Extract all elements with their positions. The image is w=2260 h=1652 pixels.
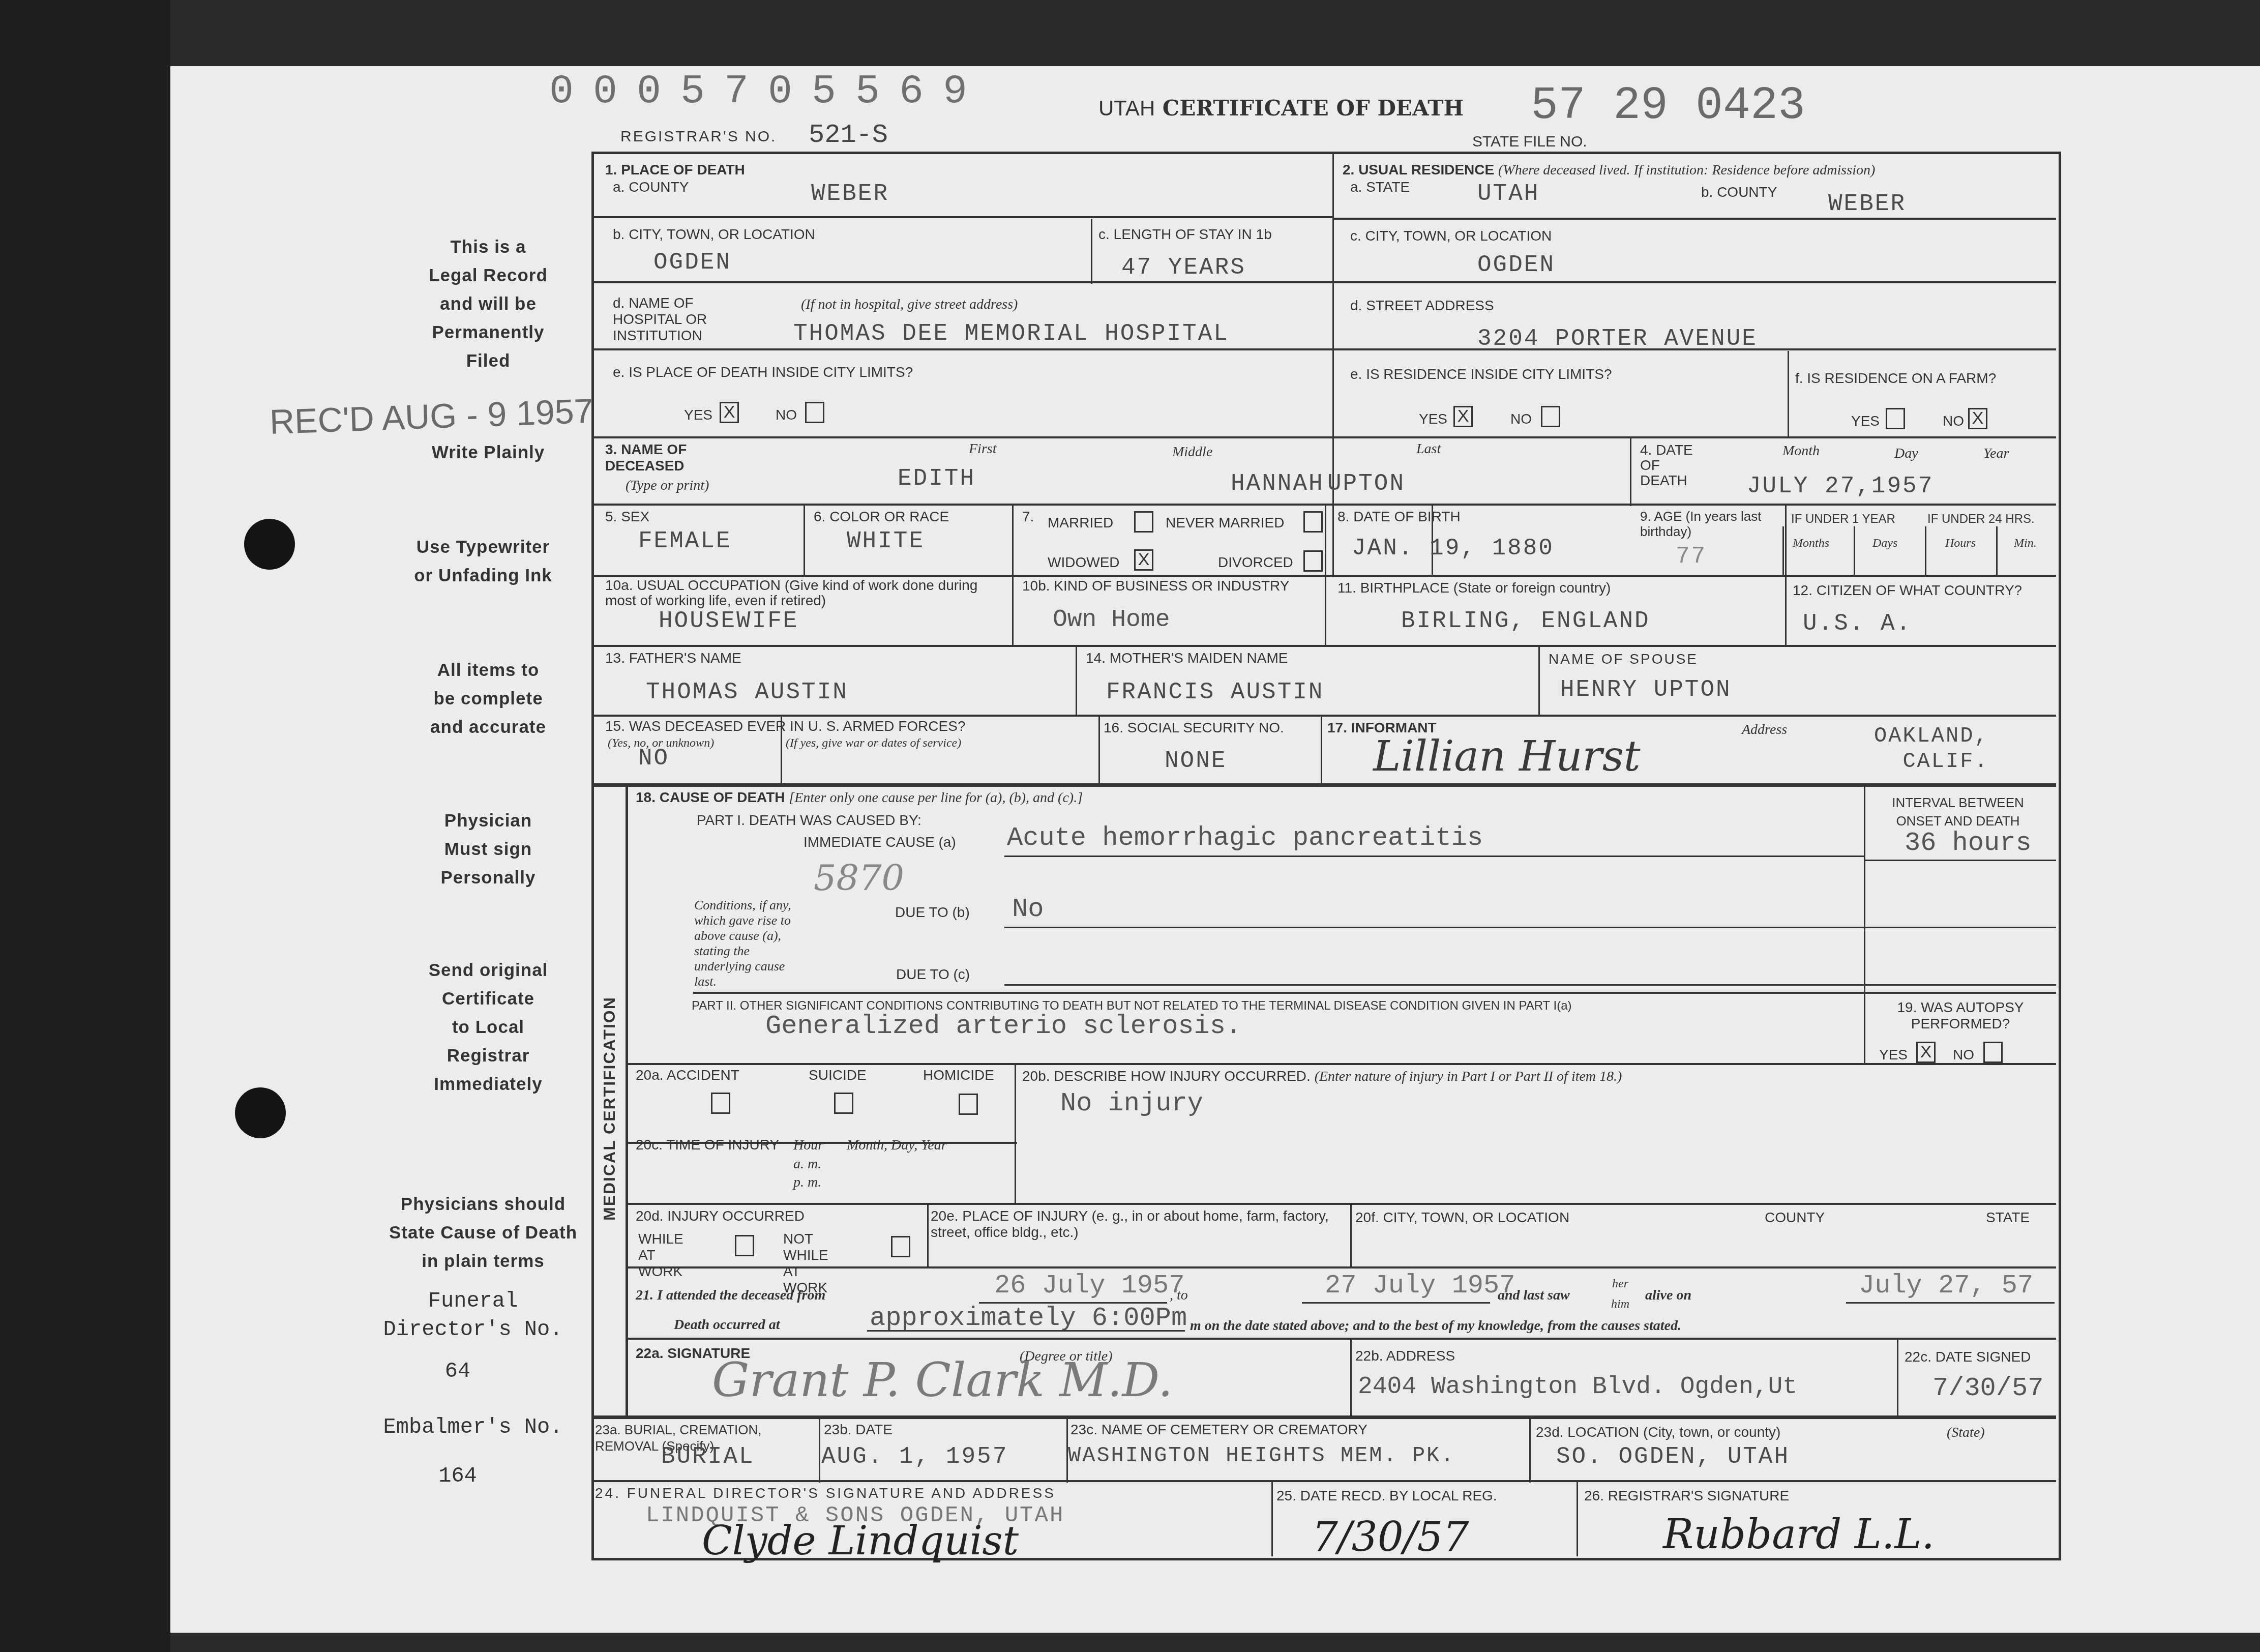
- pm-label: p. m.: [793, 1174, 821, 1191]
- rule: [1996, 526, 1998, 575]
- residence-city: OGDEN: [1477, 252, 1555, 278]
- mother-name: FRANCIS AUSTIN: [1106, 679, 1324, 705]
- residence-city-limits-label: e. IS RESIDENCE INSIDE CITY LIMITS?: [1350, 366, 1612, 382]
- injury-description-label: 20b. DESCRIBE HOW INJURY OCCURRED. (Ente…: [1022, 1068, 1622, 1085]
- married-label: MARRIED: [1048, 515, 1113, 531]
- last-seen-alive-date: July 27, 57: [1859, 1271, 2033, 1301]
- yes-label: YES: [1879, 1047, 1908, 1063]
- rule: [1091, 219, 1092, 284]
- date-signed-label: 22c. DATE SIGNED: [1905, 1349, 2031, 1365]
- immediate-cause: Acute hemorrhagic pancreatitis: [1007, 823, 1483, 853]
- due-to-b: No: [1012, 894, 1044, 924]
- rule: [591, 348, 2056, 350]
- title-text: CERTIFICATE OF DEATH: [1163, 96, 1464, 121]
- residence-county: WEBER: [1828, 191, 1906, 217]
- rule: [1076, 645, 1077, 715]
- cause-of-death-heading: 18. CAUSE OF DEATH [Enter only one cause…: [636, 789, 1083, 806]
- date-of-death: JULY 27,1957: [1747, 473, 1934, 499]
- due-to-c-label: DUE TO (c): [896, 966, 970, 983]
- business-label: 10b. KIND OF BUSINESS OR INDUSTRY: [1022, 578, 1289, 594]
- funeral-director-no: 64: [371, 1357, 544, 1385]
- last-saw-label: and last saw: [1498, 1287, 1570, 1304]
- no-label: NO: [1953, 1047, 1974, 1063]
- physician-signature: Grant P. Clark M.D.: [712, 1353, 1173, 1407]
- mother-label: 14. MOTHER'S MAIDEN NAME: [1086, 650, 1288, 666]
- city-label: b. CITY, TOWN, OR LOCATION: [613, 226, 815, 243]
- homicide-label: HOMICIDE: [923, 1067, 994, 1083]
- rule: [1321, 715, 1322, 783]
- min-label: Min.: [2014, 535, 2037, 551]
- date-signed: 7/30/57: [1932, 1373, 2043, 1403]
- rule: [1854, 526, 1855, 575]
- spouse-name: HENRY UPTON: [1560, 676, 1732, 703]
- rule: [1538, 645, 1540, 715]
- birthplace: BIRLING, ENGLAND: [1401, 608, 1650, 634]
- social-security-number: NONE: [1165, 748, 1227, 774]
- rule: [591, 504, 2056, 506]
- note-legal-record: This is a Legal Record and will be Perma…: [407, 233, 570, 375]
- burial-date: AUG. 1, 1957: [821, 1443, 1008, 1470]
- day-label: Day: [1894, 445, 1918, 462]
- punch-hole: [244, 519, 295, 570]
- name-of-deceased-label: 3. NAME OF DECEASED: [605, 441, 727, 474]
- rule: [1325, 504, 1326, 645]
- rule: [1334, 218, 2056, 220]
- first-label: First: [969, 440, 996, 457]
- state-label: a. STATE: [1350, 179, 1410, 195]
- rule: [626, 1063, 2056, 1065]
- rule: [1865, 860, 2056, 861]
- ssn-label: 16. SOCIAL SECURITY NO.: [1104, 720, 1284, 736]
- due-to-b-label: DUE TO (b): [895, 904, 970, 921]
- date-of-birth: JAN. 19, 1880: [1352, 535, 1554, 562]
- accident-label: 20a. ACCIDENT: [636, 1067, 739, 1083]
- rule: [1782, 526, 1784, 575]
- occupation-label: 10a. USUAL OCCUPATION (Give kind of work…: [605, 578, 1012, 608]
- rule: [1350, 1203, 1352, 1266]
- funeral-director-label: 24. FUNERAL DIRECTOR'S SIGNATURE AND ADD…: [595, 1485, 1056, 1501]
- physician-address-label: 22b. ADDRESS: [1355, 1348, 1455, 1364]
- injury-description: No injury: [1060, 1088, 1203, 1118]
- rule: [1004, 855, 1864, 857]
- rule: [591, 1480, 2056, 1482]
- rule: [1529, 1419, 1531, 1483]
- burial-method: BURIAL: [661, 1443, 755, 1470]
- rule: [1577, 1480, 1578, 1556]
- time-of-injury-label: 20c. TIME OF INJURY: [636, 1137, 779, 1153]
- county-label: a. COUNTY: [613, 179, 689, 195]
- rule: [1012, 504, 1014, 645]
- cemetery-name: WASHINGTON HEIGHTS MEM. PK.: [1068, 1443, 1455, 1468]
- rule: [626, 1203, 2056, 1205]
- residence-in-city-yes-checkbox[interactable]: X: [1453, 406, 1473, 427]
- first-name: EDITH: [898, 465, 975, 492]
- residence-city-label: c. CITY, TOWN, OR LOCATION: [1350, 228, 1552, 244]
- occupation: HOUSEWIFE: [659, 608, 798, 634]
- no-label: NO: [1943, 413, 1964, 429]
- autopsy-yes-checkbox[interactable]: X: [1916, 1042, 1936, 1063]
- rule: [591, 645, 2056, 647]
- rule: [1098, 715, 1100, 783]
- location-label: 23d. LOCATION (City, town, or county): [1536, 1424, 1780, 1440]
- middle-label: Middle: [1172, 444, 1212, 460]
- part1-label: PART I. DEATH WAS CAUSED BY:: [697, 812, 921, 829]
- while-at-work-label: WHILE AT WORK: [638, 1231, 694, 1280]
- location-state-label: (State): [1947, 1424, 1985, 1441]
- physician-address: 2404 Washington Blvd. Ogden,Ut: [1358, 1373, 1797, 1401]
- interval-label: INTERVAL BETWEEN ONSET AND DEATH: [1871, 793, 2044, 830]
- service-dates-note: (If yes, give war or dates of service): [786, 735, 961, 751]
- never-married-label: NEVER MARRIED: [1166, 515, 1284, 531]
- sex: FEMALE: [638, 528, 732, 554]
- death-in-city-no-checkbox[interactable]: [805, 402, 824, 423]
- note-typewriter: Use Typewriter or Unfading Ink: [386, 533, 580, 590]
- death-county: WEBER: [811, 181, 889, 207]
- no-label: NO: [1510, 411, 1532, 427]
- rule: [1004, 927, 2056, 928]
- funeral-director-signature: Clyde Lindquist: [702, 1518, 1019, 1564]
- while-at-work-checkbox[interactable]: [735, 1235, 754, 1256]
- type-or-print-note: (Type or print): [626, 477, 709, 494]
- birthplace-label: 11. BIRTHPLACE (State or foreign country…: [1337, 580, 1611, 596]
- hospital-name: THOMAS DEE MEMORIAL HOSPITAL: [793, 320, 1229, 347]
- father-name: THOMAS AUSTIN: [646, 679, 848, 705]
- not-while-at-work-checkbox[interactable]: [891, 1236, 910, 1257]
- hour-label: Hour: [793, 1137, 823, 1154]
- length-of-stay: 47 YEARS: [1121, 254, 1246, 281]
- funeral-director-no-label: Funeral Director's No.: [371, 1287, 575, 1344]
- date-of-death-label: 4. DATE OF DEATH: [1640, 442, 1706, 488]
- under-1-year-label: IF UNDER 1 YEAR: [1791, 511, 1895, 527]
- homicide-checkbox[interactable]: [959, 1094, 978, 1115]
- never-married-checkbox[interactable]: [1303, 511, 1323, 533]
- injury-state-label: STATE: [1986, 1209, 2030, 1226]
- injury-occurred-label: 20d. INJURY OCCURRED: [636, 1208, 805, 1224]
- residence-in-city-no-checkbox[interactable]: [1541, 406, 1560, 427]
- rule: [819, 1419, 820, 1483]
- attended-to-label: , to: [1170, 1287, 1188, 1304]
- informant-signature: Lillian Hurst: [1373, 732, 1641, 781]
- punch-hole: [235, 1087, 286, 1138]
- death-statement: m on the date stated above; and to the b…: [1190, 1317, 1681, 1334]
- note-cause-plain-terms: Physicians should State Cause of Death i…: [371, 1190, 595, 1276]
- registrar-no-label: REGISTRAR'S NO.: [620, 128, 777, 145]
- not-while-at-work-label: NOT WHILE AT WORK: [783, 1231, 844, 1296]
- city-limits-label: e. IS PLACE OF DEATH INSIDE CITY LIMITS?: [613, 364, 913, 380]
- residence-county-label: b. COUNTY: [1701, 184, 1777, 200]
- middle-name: HANNAH: [1231, 470, 1324, 497]
- serial-number: 0005705569: [549, 69, 987, 115]
- yes-label: YES: [1851, 413, 1880, 429]
- yes-label: YES: [684, 407, 712, 423]
- rule: [591, 216, 1334, 218]
- autopsy-no-checkbox[interactable]: [1983, 1042, 2003, 1063]
- rule: [591, 436, 2056, 438]
- race: WHITE: [847, 528, 925, 554]
- rule: [867, 1330, 1185, 1332]
- rule: [804, 504, 805, 575]
- farm-label: f. IS RESIDENCE ON A FARM?: [1795, 370, 1996, 387]
- informant-address: OAKLAND, CALIF.: [1874, 723, 1989, 774]
- date-received-label: 25. DATE RECD. BY LOCAL REG.: [1276, 1488, 1497, 1504]
- race-label: 6. COLOR OR RACE: [814, 509, 949, 525]
- residence-state: UTAH: [1477, 181, 1539, 207]
- date-received: 7/30/57: [1312, 1513, 1469, 1560]
- state-file-no-label: STATE FILE NO.: [1472, 133, 1587, 151]
- note-complete: All items to be complete and accurate: [402, 656, 575, 742]
- rule: [591, 281, 2056, 283]
- medical-certification-label: MEDICAL CERTIFICATION: [600, 996, 619, 1221]
- accident-checkbox[interactable]: [711, 1093, 730, 1114]
- citizen-label: 12. CITIZEN OF WHAT COUNTRY?: [1793, 582, 2022, 599]
- injury-county-label: COUNTY: [1765, 1209, 1825, 1226]
- rule: [1015, 1063, 1016, 1203]
- marital-label: 7.: [1022, 509, 1034, 525]
- rule: [591, 783, 2056, 787]
- title-state: UTAH: [1098, 96, 1155, 120]
- rule: [626, 1338, 2056, 1340]
- armed-forces-answer: NO: [638, 745, 669, 772]
- state-file-number: 57 29 0423: [1531, 80, 1805, 132]
- attended-to-date: 27 July 1957: [1325, 1271, 1515, 1301]
- hospital-note: (If not in hospital, give street address…: [801, 296, 1018, 313]
- month-day-year-label: Month, Day, Year: [847, 1137, 947, 1154]
- divorced-label: DIVORCED: [1218, 554, 1293, 571]
- rule: [1271, 1480, 1273, 1556]
- registrar-no-value: 521-S: [809, 120, 888, 150]
- month-label: Month: [1782, 442, 1820, 459]
- rule: [693, 992, 2056, 994]
- hospital-label: d. NAME OF HOSPITAL OR INSTITUTION: [613, 295, 765, 344]
- stay-label: c. LENGTH OF STAY IN 1b: [1098, 226, 1272, 243]
- burial-date-label: 23b. DATE: [824, 1422, 893, 1438]
- age: 77: [1676, 543, 1707, 570]
- registrar-signature: Rubbard L.L.: [1663, 1511, 1935, 1558]
- note-send-original: Send original Certificate to Local Regis…: [402, 956, 575, 1099]
- cause-code-annotation: 5870: [814, 857, 904, 899]
- death-in-city-yes-checkbox[interactable]: X: [720, 402, 739, 423]
- injury-city-label: 20f. CITY, TOWN, OR LOCATION: [1355, 1209, 1569, 1226]
- rule: [1350, 1338, 1352, 1415]
- yes-label: YES: [1419, 411, 1447, 427]
- rule: [1630, 437, 1631, 506]
- place-of-injury-label: 20e. PLACE OF INJURY (e. g., in or about…: [931, 1208, 1348, 1241]
- rule: [1897, 1338, 1898, 1415]
- no-label: NO: [776, 407, 797, 423]
- am-label: a. m.: [793, 1156, 821, 1172]
- rule: [626, 786, 628, 1417]
- him-label: him: [1611, 1296, 1629, 1312]
- street-label: d. STREET ADDRESS: [1350, 298, 1494, 314]
- armed-forces-label: 15. WAS DECEASED EVER IN U. S. ARMED FOR…: [605, 718, 965, 734]
- under-24-hrs-label: IF UNDER 24 HRS.: [1927, 511, 2035, 527]
- last-label: Last: [1416, 440, 1441, 457]
- note-physician-sign: Physician Must sign Personally: [402, 807, 575, 892]
- rule: [1846, 1302, 2055, 1304]
- embalmer-no: 164: [371, 1462, 544, 1490]
- divorced-checkbox[interactable]: [1303, 550, 1323, 572]
- sex-label: 5. SEX: [605, 509, 649, 525]
- usual-residence-heading: 2. USUAL RESIDENCE (Where deceased lived…: [1343, 162, 1875, 179]
- hours-label: Hours: [1945, 535, 1976, 551]
- note-write-plainly: Write Plainly: [407, 438, 570, 467]
- embalmer-no-label: Embalmer's No.: [371, 1413, 575, 1441]
- part2-conditions: Generalized arterio sclerosis.: [765, 1011, 1241, 1041]
- her-label: her: [1612, 1276, 1628, 1292]
- informant-address-label: Address: [1742, 721, 1787, 738]
- rule: [591, 575, 2056, 577]
- rule: [1004, 984, 2056, 986]
- spouse-label: NAME OF SPOUSE: [1549, 651, 1698, 667]
- death-city: OGDEN: [653, 249, 731, 276]
- autopsy-label: 19. WAS AUTOPSY PERFORMED?: [1869, 999, 2052, 1032]
- days-label: Days: [1872, 535, 1897, 551]
- age-label: 9. AGE (In years last birthday): [1640, 509, 1777, 539]
- attended-label: 21. I attended the deceased from: [636, 1287, 825, 1304]
- rule: [591, 1415, 2056, 1419]
- citizenship: U.S. A.: [1803, 610, 1912, 637]
- business: Own Home: [1053, 606, 1170, 634]
- rule: [1302, 1302, 1490, 1304]
- alive-on-label: alive on: [1645, 1287, 1691, 1304]
- cemetery-label: 23c. NAME OF CEMETERY OR CREMATORY: [1070, 1422, 1367, 1438]
- certificate-title: UTAH CERTIFICATE OF DEATH: [1098, 96, 1464, 121]
- months-label: Months: [1793, 535, 1829, 551]
- burial-location: SO. OGDEN, UTAH: [1556, 1443, 1790, 1470]
- rule: [1788, 351, 1789, 437]
- place-of-death-heading: 1. PLACE OF DEATH: [605, 162, 745, 178]
- year-label: Year: [1983, 445, 2009, 462]
- rule: [1785, 504, 1787, 646]
- last-name: UPTON: [1327, 470, 1405, 497]
- married-checkbox[interactable]: [1134, 511, 1153, 533]
- farm-yes-checkbox[interactable]: [1886, 408, 1905, 429]
- rule: [1925, 526, 1926, 575]
- rule: [1864, 786, 1865, 1065]
- attended-from-date: 26 July 1957: [994, 1271, 1184, 1301]
- immediate-cause-label: IMMEDIATE CAUSE (a): [804, 834, 956, 850]
- onset-interval: 36 hours: [1905, 828, 2032, 858]
- suicide-label: SUICIDE: [809, 1067, 867, 1083]
- rule: [1332, 152, 1334, 577]
- residence-street: 3204 PORTER AVENUE: [1477, 326, 1758, 352]
- widowed-label: WIDOWED: [1048, 554, 1120, 571]
- suicide-checkbox[interactable]: [834, 1093, 853, 1114]
- father-label: 13. FATHER'S NAME: [605, 650, 741, 666]
- registrar-signature-label: 26. REGISTRAR'S SIGNATURE: [1584, 1488, 1789, 1504]
- scan-border: [0, 0, 170, 1652]
- rule: [591, 715, 2056, 717]
- time-of-death: approximately 6:00Pm: [870, 1303, 1187, 1333]
- conditions-note: Conditions, if any, which gave rise to a…: [694, 898, 796, 989]
- death-occurred-label: Death occurred at: [674, 1316, 780, 1333]
- dob-label: 8. DATE OF BIRTH: [1337, 509, 1461, 525]
- widowed-checkbox[interactable]: X: [1134, 549, 1153, 571]
- farm-no-checkbox[interactable]: X: [1968, 408, 1987, 429]
- rule: [927, 1203, 929, 1266]
